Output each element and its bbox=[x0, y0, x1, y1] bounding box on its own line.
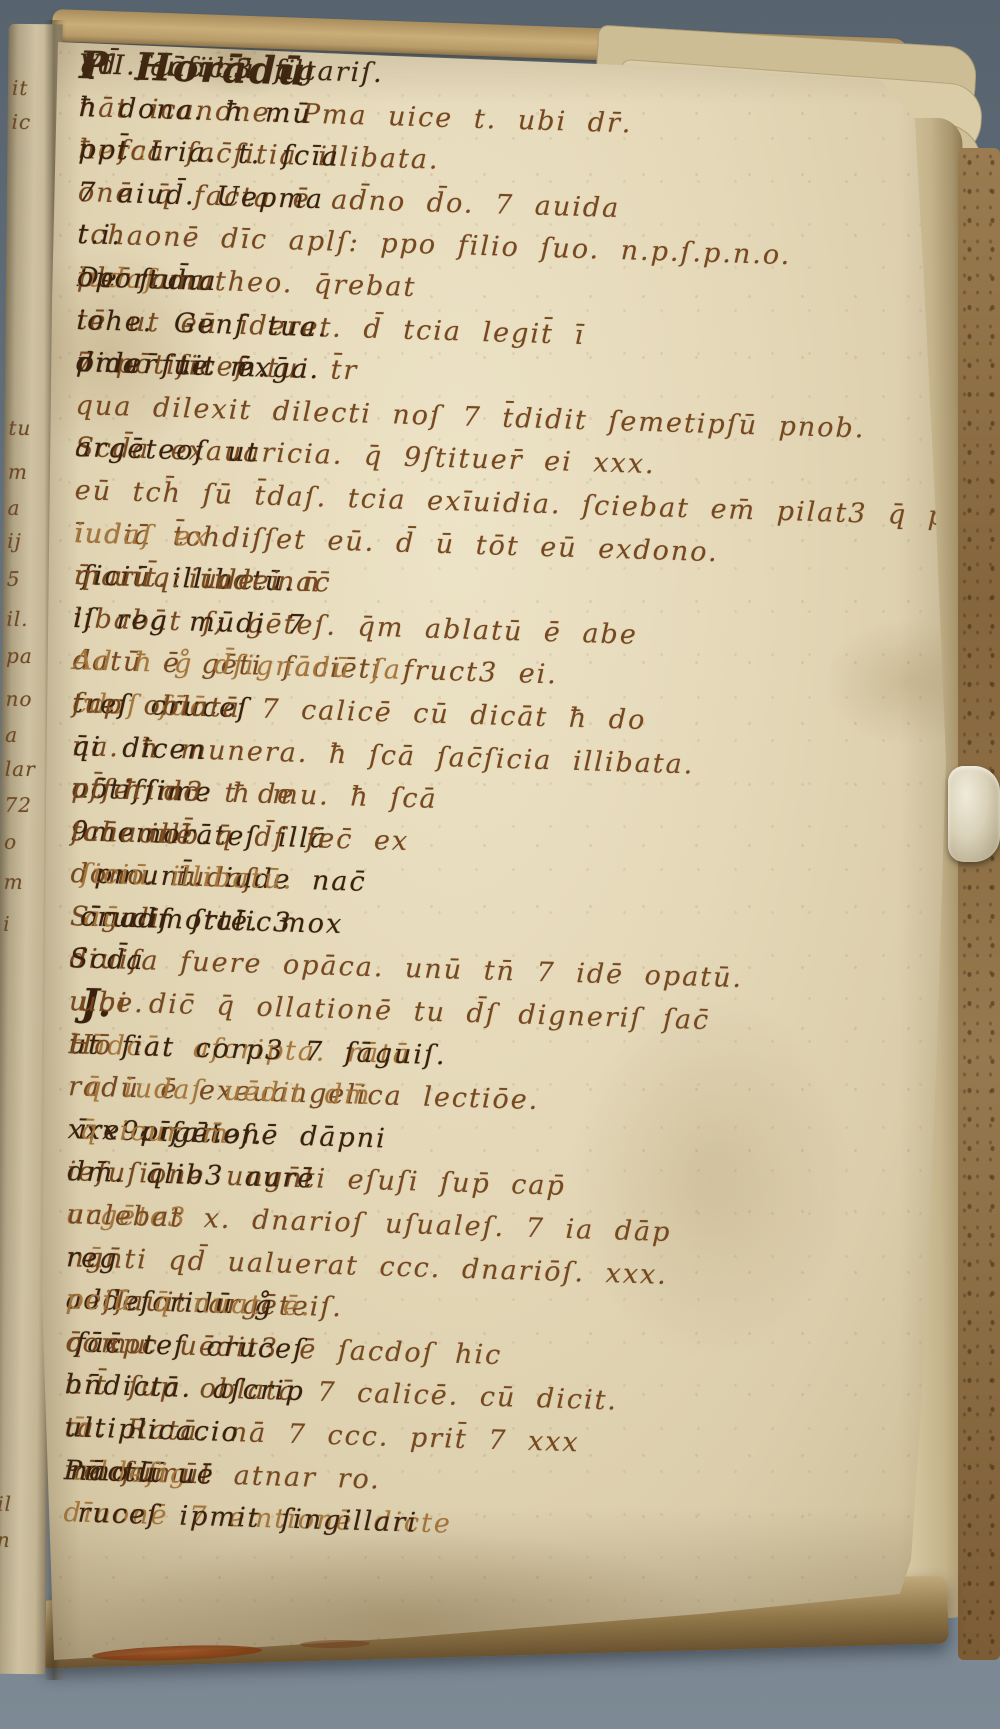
text-segment: Hō bbox=[68, 1024, 113, 1068]
text-segment: nāctū uē bbox=[69, 1450, 215, 1497]
margin-fragment: pa bbox=[6, 644, 33, 668]
margin-fragment: 5 bbox=[7, 567, 21, 591]
text-segment: ħ dona. ħ mū bbox=[78, 87, 312, 136]
text-segment: ruceſ ipmit ſingillari bbox=[77, 1493, 419, 1546]
text-segment: iſ reg mūdi 7 bbox=[73, 598, 307, 647]
text-segment: comu bbox=[65, 1322, 149, 1367]
margin-fragment: m bbox=[8, 460, 28, 484]
text-segment: reg bbox=[66, 1237, 119, 1281]
text-segment: iohe. Genſ tua. bbox=[76, 300, 329, 350]
text-segment: 7 aiud̄. Uepma bbox=[77, 172, 324, 222]
text-segment: VII. uicib3 ſig bbox=[79, 44, 317, 94]
text-segment: q̄i dicen bbox=[71, 726, 207, 773]
text-block: P Horādū qd̄ ſac̄ſiciū altariſ. VII. uic… bbox=[36, 44, 960, 1560]
text-segment: pma fuit exḡa. bbox=[75, 342, 320, 392]
text-segment: oportuna bbox=[76, 257, 218, 304]
margin-fragment: il bbox=[0, 1492, 12, 1516]
text-segment: bn̄dictā. aſcrip bbox=[64, 1365, 305, 1415]
manuscript-page: P Horādū qd̄ ſac̄ſiciū altariſ. VII. uic… bbox=[34, 22, 974, 1672]
text-segment: t.i. bbox=[77, 214, 123, 258]
text-segment: ſiciū illibatū. bbox=[80, 854, 294, 903]
margin-fragment: lar bbox=[5, 757, 36, 781]
text-segment: iudaſ ex bbox=[74, 513, 210, 560]
photo-background: itictumaij5il.panoalar72omiiln P Horādū … bbox=[0, 0, 1000, 1729]
fore-edge-tab bbox=[948, 766, 1000, 862]
margin-fragment: n bbox=[0, 1528, 11, 1552]
text-segment: argēteoſ ut bbox=[75, 427, 260, 475]
margin-fragment: m bbox=[4, 870, 24, 894]
text-segment: cruciſ ſtalic3 bbox=[79, 896, 292, 945]
text-segment: dm̄. q̄lib3 aurē bbox=[67, 1152, 316, 1202]
margin-fragment: o bbox=[4, 830, 17, 854]
margin-fragment: tu bbox=[8, 416, 31, 440]
text-segment: Scd̄a bbox=[69, 939, 145, 984]
margin-fragment: a bbox=[5, 723, 18, 747]
margin-fragment: ic bbox=[11, 110, 31, 134]
text-segment: ultiplicacio bbox=[64, 1407, 240, 1455]
margin-fragment: i bbox=[3, 912, 11, 936]
text-segment: q̄ uuq: iudei n̄ bbox=[73, 555, 322, 605]
margin-fragment: il. bbox=[6, 607, 28, 631]
margin-fragment: no bbox=[5, 687, 32, 711]
margin-fragment: ij bbox=[7, 529, 22, 553]
margin-fragment: a bbox=[7, 496, 20, 520]
text-segment: pciū q̄ nuat ē. bbox=[65, 1279, 312, 1329]
margin-fragment: 72 bbox=[4, 793, 32, 817]
text-segment: q̄ icur m̄ bbox=[79, 1109, 230, 1156]
binding-board-edge bbox=[958, 148, 1000, 1660]
margin-fragment: it bbox=[12, 76, 29, 100]
